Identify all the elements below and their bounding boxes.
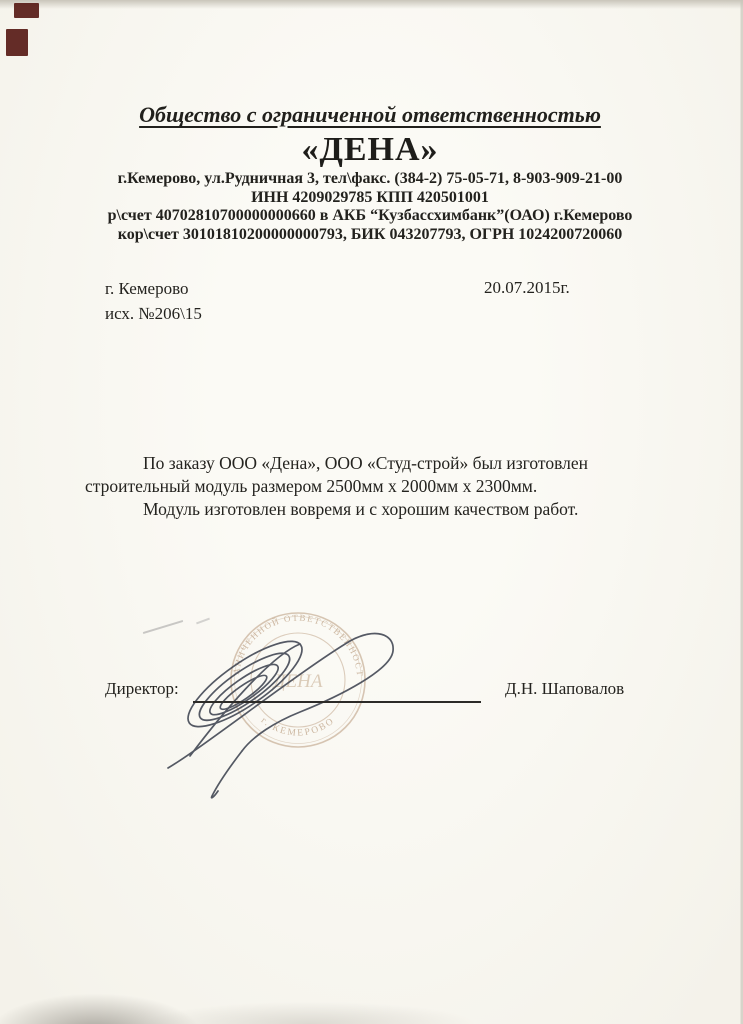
city-line: г. Кемерово xyxy=(105,276,202,301)
director-label: Директор: xyxy=(105,679,179,699)
body-paragraph-1: По заказу ООО «Дена», ООО «Студ-строй» б… xyxy=(85,452,613,498)
corr-account-line: кор\счет 30101810200000000793, БИК 04320… xyxy=(25,226,715,245)
bank-account-line: р\счет 40702810700000000660 в АКБ “Кузба… xyxy=(25,207,715,226)
ref-number-line: исх. №206\15 xyxy=(105,301,202,326)
letter-body: По заказу ООО «Дена», ООО «Студ-строй» б… xyxy=(85,452,613,521)
org-name: «ДЕНА» xyxy=(25,130,715,170)
scanned-letter-page: Общество с ограниченной ответственностью… xyxy=(0,0,743,1024)
handwritten-signature xyxy=(150,596,415,801)
meta-block: г. Кемерово исх. №206\15 xyxy=(105,276,202,326)
signer-name: Д.Н. Шаповалов xyxy=(505,679,624,699)
inn-kpp-line: ИНН 4209029785 КПП 420501001 xyxy=(25,189,715,208)
body-paragraph-2: Модуль изготовлен вовремя и с хорошим ка… xyxy=(85,498,613,521)
scan-artifact-red-mark-1 xyxy=(14,3,39,18)
signature-line xyxy=(193,701,481,703)
address-line: г.Кемерово, ул.Рудничная 3, тел\факс. (3… xyxy=(25,170,715,189)
org-type-line: Общество с ограниченной ответственностью xyxy=(25,100,715,130)
scan-artifact-red-mark-2 xyxy=(6,29,28,56)
letterhead: Общество с ограниченной ответственностью… xyxy=(25,100,715,244)
date-line: 20.07.2015г. xyxy=(484,278,570,298)
